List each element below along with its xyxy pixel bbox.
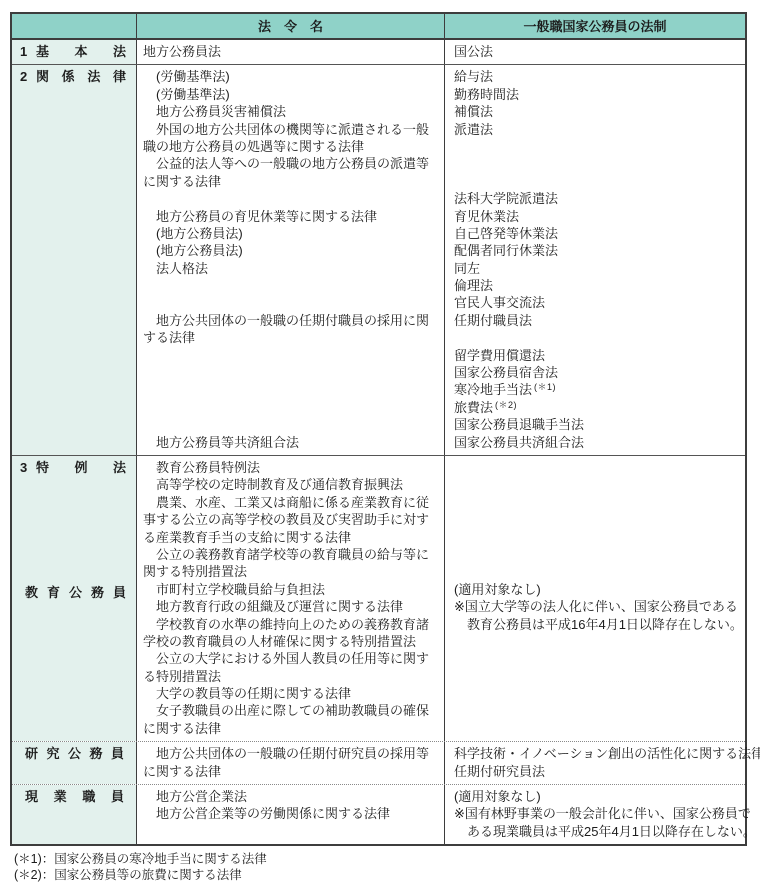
national-law-cell: 科学技術・イノベーション創出の活性化に関する法律任期付研究員法 bbox=[445, 742, 760, 784]
law-line: 公益的法人等への一般職の地方公務員の派遣等 bbox=[143, 155, 444, 172]
law-line bbox=[143, 416, 444, 433]
table-body: 1基本法地方公務員法国公法2関係法律 (労働基準法) (労働基準法) 地方公務員… bbox=[12, 40, 745, 844]
law-line: (適用対象なし) bbox=[454, 788, 756, 805]
law-line bbox=[454, 173, 745, 190]
category-cell: 現業職員 bbox=[12, 785, 137, 844]
law-line: 地方公務員法 bbox=[143, 43, 444, 60]
law-line: 同左 bbox=[454, 260, 745, 277]
national-law-cell: (適用対象なし)※国立大学等の法人化に伴い、国家公務員である 教育公務員は平成1… bbox=[445, 456, 745, 741]
law-line: 外国の地方公共団体の機関等に派遣される一般 bbox=[143, 121, 444, 138]
law-line: 留学費用償還法 bbox=[454, 347, 745, 364]
law-line: 農業、水産、工業又は商船に係る産業教育に従 bbox=[143, 494, 444, 511]
law-line bbox=[143, 381, 444, 398]
table-row: 2関係法律 (労働基準法) (労働基準法) 地方公務員災害補償法 外国の地方公共… bbox=[12, 64, 745, 455]
law-line bbox=[454, 720, 745, 737]
law-line: 法人格法 bbox=[143, 260, 444, 277]
law-line bbox=[454, 155, 745, 172]
law-line: 公立の大学における外国人教員の任用等に関す bbox=[143, 650, 444, 667]
law-line: 国公法 bbox=[454, 43, 745, 60]
law-line: 法科大学院派遣法 bbox=[454, 190, 745, 207]
law-line: 地方公共団体の一般職の任期付職員の採用に関 bbox=[143, 312, 444, 329]
law-line bbox=[454, 650, 745, 667]
law-line: 寒冷地手当法(＊1) bbox=[454, 381, 745, 398]
law-line: (労働基準法) bbox=[143, 68, 444, 85]
law-line: (地方公務員法) bbox=[143, 242, 444, 259]
law-line: 給与法 bbox=[454, 68, 745, 85]
law-line: る産業教育手当の支給に関する法律 bbox=[143, 529, 444, 546]
category-number: 3 bbox=[20, 460, 36, 476]
law-line bbox=[454, 494, 745, 511]
table-row: 3特例法教育公務員 教育公務員特例法 高等学校の定時制教育及び通信教育振興法 農… bbox=[12, 455, 745, 741]
table-row: 1基本法地方公務員法国公法 bbox=[12, 40, 745, 64]
table-row: 現業職員 地方公営企業法 地方公営企業等の労働関係に関する法律(適用対象なし)※… bbox=[12, 784, 745, 844]
law-line: 高等学校の定時制教育及び通信教育振興法 bbox=[143, 476, 444, 493]
table-header-row: 法 令 名 一般職国家公務員の法制 bbox=[12, 14, 745, 40]
national-law-cell: (適用対象なし)※国有林野事業の一般会計化に伴い、国家公務員で ある現業職員は平… bbox=[445, 785, 756, 844]
law-line: ※国有林野事業の一般会計化に伴い、国家公務員で bbox=[454, 805, 756, 822]
law-line: 旅費法(＊2) bbox=[454, 399, 745, 416]
law-line: 職の地方公務員の処遇等に関する法律 bbox=[143, 138, 444, 155]
law-line: (適用対象なし) bbox=[454, 581, 745, 598]
law-line: 補償法 bbox=[454, 103, 745, 120]
law-line: ※国立大学等の法人化に伴い、国家公務員である bbox=[454, 598, 745, 615]
law-comparison-table: 法 令 名 一般職国家公務員の法制 1基本法地方公務員法国公法2関係法律 (労働… bbox=[10, 12, 747, 846]
law-line: (労働基準法) bbox=[143, 86, 444, 103]
law-line bbox=[454, 459, 745, 476]
law-name-cell: (労働基準法) (労働基準法) 地方公務員災害補償法 外国の地方公共団体の機関等… bbox=[137, 65, 445, 455]
law-line: に関する法律 bbox=[143, 173, 444, 190]
law-line: (地方公務員法) bbox=[143, 225, 444, 242]
law-line bbox=[454, 563, 745, 580]
category-row: 2関係法律 bbox=[20, 69, 128, 85]
law-line bbox=[143, 190, 444, 207]
category-cell: 3特例法教育公務員 bbox=[12, 456, 137, 741]
law-line bbox=[143, 364, 444, 381]
law-line bbox=[143, 277, 444, 294]
law-name-cell: 地方公営企業法 地方公営企業等の労働関係に関する法律 bbox=[137, 785, 445, 844]
law-line: 教育公務員特例法 bbox=[143, 459, 444, 476]
category-number: 1 bbox=[20, 44, 36, 60]
table-row: 研究公務員 地方公共団体の一般職の任期付研究員の採用等に関する法律科学技術・イノ… bbox=[12, 741, 745, 784]
category-label: 現業職員 bbox=[25, 789, 126, 805]
law-line: 国家公務員共済組合法 bbox=[454, 434, 745, 451]
law-line: 派遣法 bbox=[454, 121, 745, 138]
law-line: 任期付職員法 bbox=[454, 312, 745, 329]
law-line: 学校教育の水準の維持向上のための義務教育諸 bbox=[143, 616, 444, 633]
law-line: 女子教職員の出産に際しての補助教職員の確保 bbox=[143, 702, 444, 719]
law-line: る特別措置法 bbox=[143, 668, 444, 685]
law-line bbox=[454, 529, 745, 546]
law-name-cell: 地方公務員法 bbox=[137, 40, 445, 64]
law-line: 国家公務員退職手当法 bbox=[454, 416, 745, 433]
law-line: する法律 bbox=[143, 329, 444, 346]
category-row: 1基本法 bbox=[20, 44, 128, 60]
law-line: 地方公共団体の一般職の任期付研究員の採用等 bbox=[143, 745, 444, 762]
category-cell: 1基本法 bbox=[12, 40, 137, 64]
category-sublabel: 教育公務員 bbox=[25, 582, 126, 601]
law-line: 大学の教員等の任期に関する法律 bbox=[143, 685, 444, 702]
law-line: 任期付研究員法 bbox=[454, 763, 760, 780]
law-line: 地方公務員の育児休業等に関する法律 bbox=[143, 208, 444, 225]
law-line: に関する法律 bbox=[143, 763, 444, 780]
law-line: 配偶者同行休業法 bbox=[454, 242, 745, 259]
law-line bbox=[143, 294, 444, 311]
law-line: 学校の教育職員の人材確保に関する特別措置法 bbox=[143, 633, 444, 650]
law-line bbox=[143, 399, 444, 416]
law-line: 官民人事交流法 bbox=[454, 294, 745, 311]
law-line: 地方公務員災害補償法 bbox=[143, 103, 444, 120]
law-line: 育児休業法 bbox=[454, 208, 745, 225]
law-line bbox=[454, 329, 745, 346]
category-row: 研究公務員 bbox=[20, 746, 128, 762]
law-line: ある現業職員は平成25年4月1日以降存在しない。 bbox=[454, 823, 756, 840]
header-law-name-cell: 法 令 名 bbox=[137, 14, 445, 38]
category-row: 現業職員 bbox=[20, 789, 128, 805]
category-label: 研究公務員 bbox=[25, 746, 126, 762]
law-name-cell: 教育公務員特例法 高等学校の定時制教育及び通信教育振興法 農業、水産、工業又は商… bbox=[137, 456, 445, 741]
law-line bbox=[454, 702, 745, 719]
law-line: 関する特別措置法 bbox=[143, 563, 444, 580]
law-name-cell: 地方公共団体の一般職の任期付研究員の採用等に関する法律 bbox=[137, 742, 445, 784]
national-law-cell: 給与法勤務時間法補償法派遣法法科大学院派遣法育児休業法自己啓発等休業法配偶者同行… bbox=[445, 65, 745, 455]
law-line: 科学技術・イノベーション創出の活性化に関する法律 bbox=[454, 745, 760, 762]
law-line bbox=[143, 823, 444, 840]
header-national-law-cell: 一般職国家公務員の法制 bbox=[445, 14, 745, 38]
footnote-1: (＊1)：国家公務員の寒冷地手当に関する法律 bbox=[14, 851, 267, 867]
law-line bbox=[143, 347, 444, 364]
category-label: 関係法律 bbox=[36, 69, 128, 85]
law-line: 地方教育行政の組織及び運営に関する法律 bbox=[143, 598, 444, 615]
category-cell: 2関係法律 bbox=[12, 65, 137, 455]
law-line bbox=[454, 685, 745, 702]
law-line: 国家公務員宿舎法 bbox=[454, 364, 745, 381]
header-category-cell bbox=[12, 14, 137, 38]
law-line bbox=[454, 546, 745, 563]
category-cell: 研究公務員 bbox=[12, 742, 137, 784]
national-law-cell: 国公法 bbox=[445, 40, 745, 64]
law-line: 事する公立の高等学校の教員及び実習助手に対す bbox=[143, 511, 444, 528]
law-line bbox=[454, 633, 745, 650]
law-line: 勤務時間法 bbox=[454, 86, 745, 103]
footnote-marker: (＊2) bbox=[495, 400, 517, 410]
category-label: 特例法 bbox=[36, 460, 128, 476]
law-line: 倫理法 bbox=[454, 277, 745, 294]
law-line: 自己啓発等休業法 bbox=[454, 225, 745, 242]
law-line bbox=[454, 668, 745, 685]
footnotes: (＊1)：国家公務員の寒冷地手当に関する法律 (＊2)：国家公務員等の旅費に関す… bbox=[14, 851, 267, 883]
law-line: 地方公営企業法 bbox=[143, 788, 444, 805]
law-line: 教育公務員は平成16年4月1日以降存在しない。 bbox=[454, 616, 745, 633]
law-line: 地方公務員等共済組合法 bbox=[143, 434, 444, 451]
category-row: 3特例法 bbox=[20, 460, 128, 476]
law-line bbox=[454, 511, 745, 528]
law-line bbox=[454, 138, 745, 155]
law-line: 地方公営企業等の労働関係に関する法律 bbox=[143, 805, 444, 822]
law-line: に関する法律 bbox=[143, 720, 444, 737]
law-line bbox=[454, 476, 745, 493]
footnote-marker: (＊1) bbox=[534, 382, 556, 392]
footnote-2: (＊2)：国家公務員等の旅費に関する法律 bbox=[14, 867, 267, 883]
category-number: 2 bbox=[20, 69, 36, 85]
category-label: 基本法 bbox=[36, 44, 128, 60]
law-line: 公立の義務教育諸学校等の教育職員の給与等に bbox=[143, 546, 444, 563]
law-line: 市町村立学校職員給与負担法 bbox=[143, 581, 444, 598]
